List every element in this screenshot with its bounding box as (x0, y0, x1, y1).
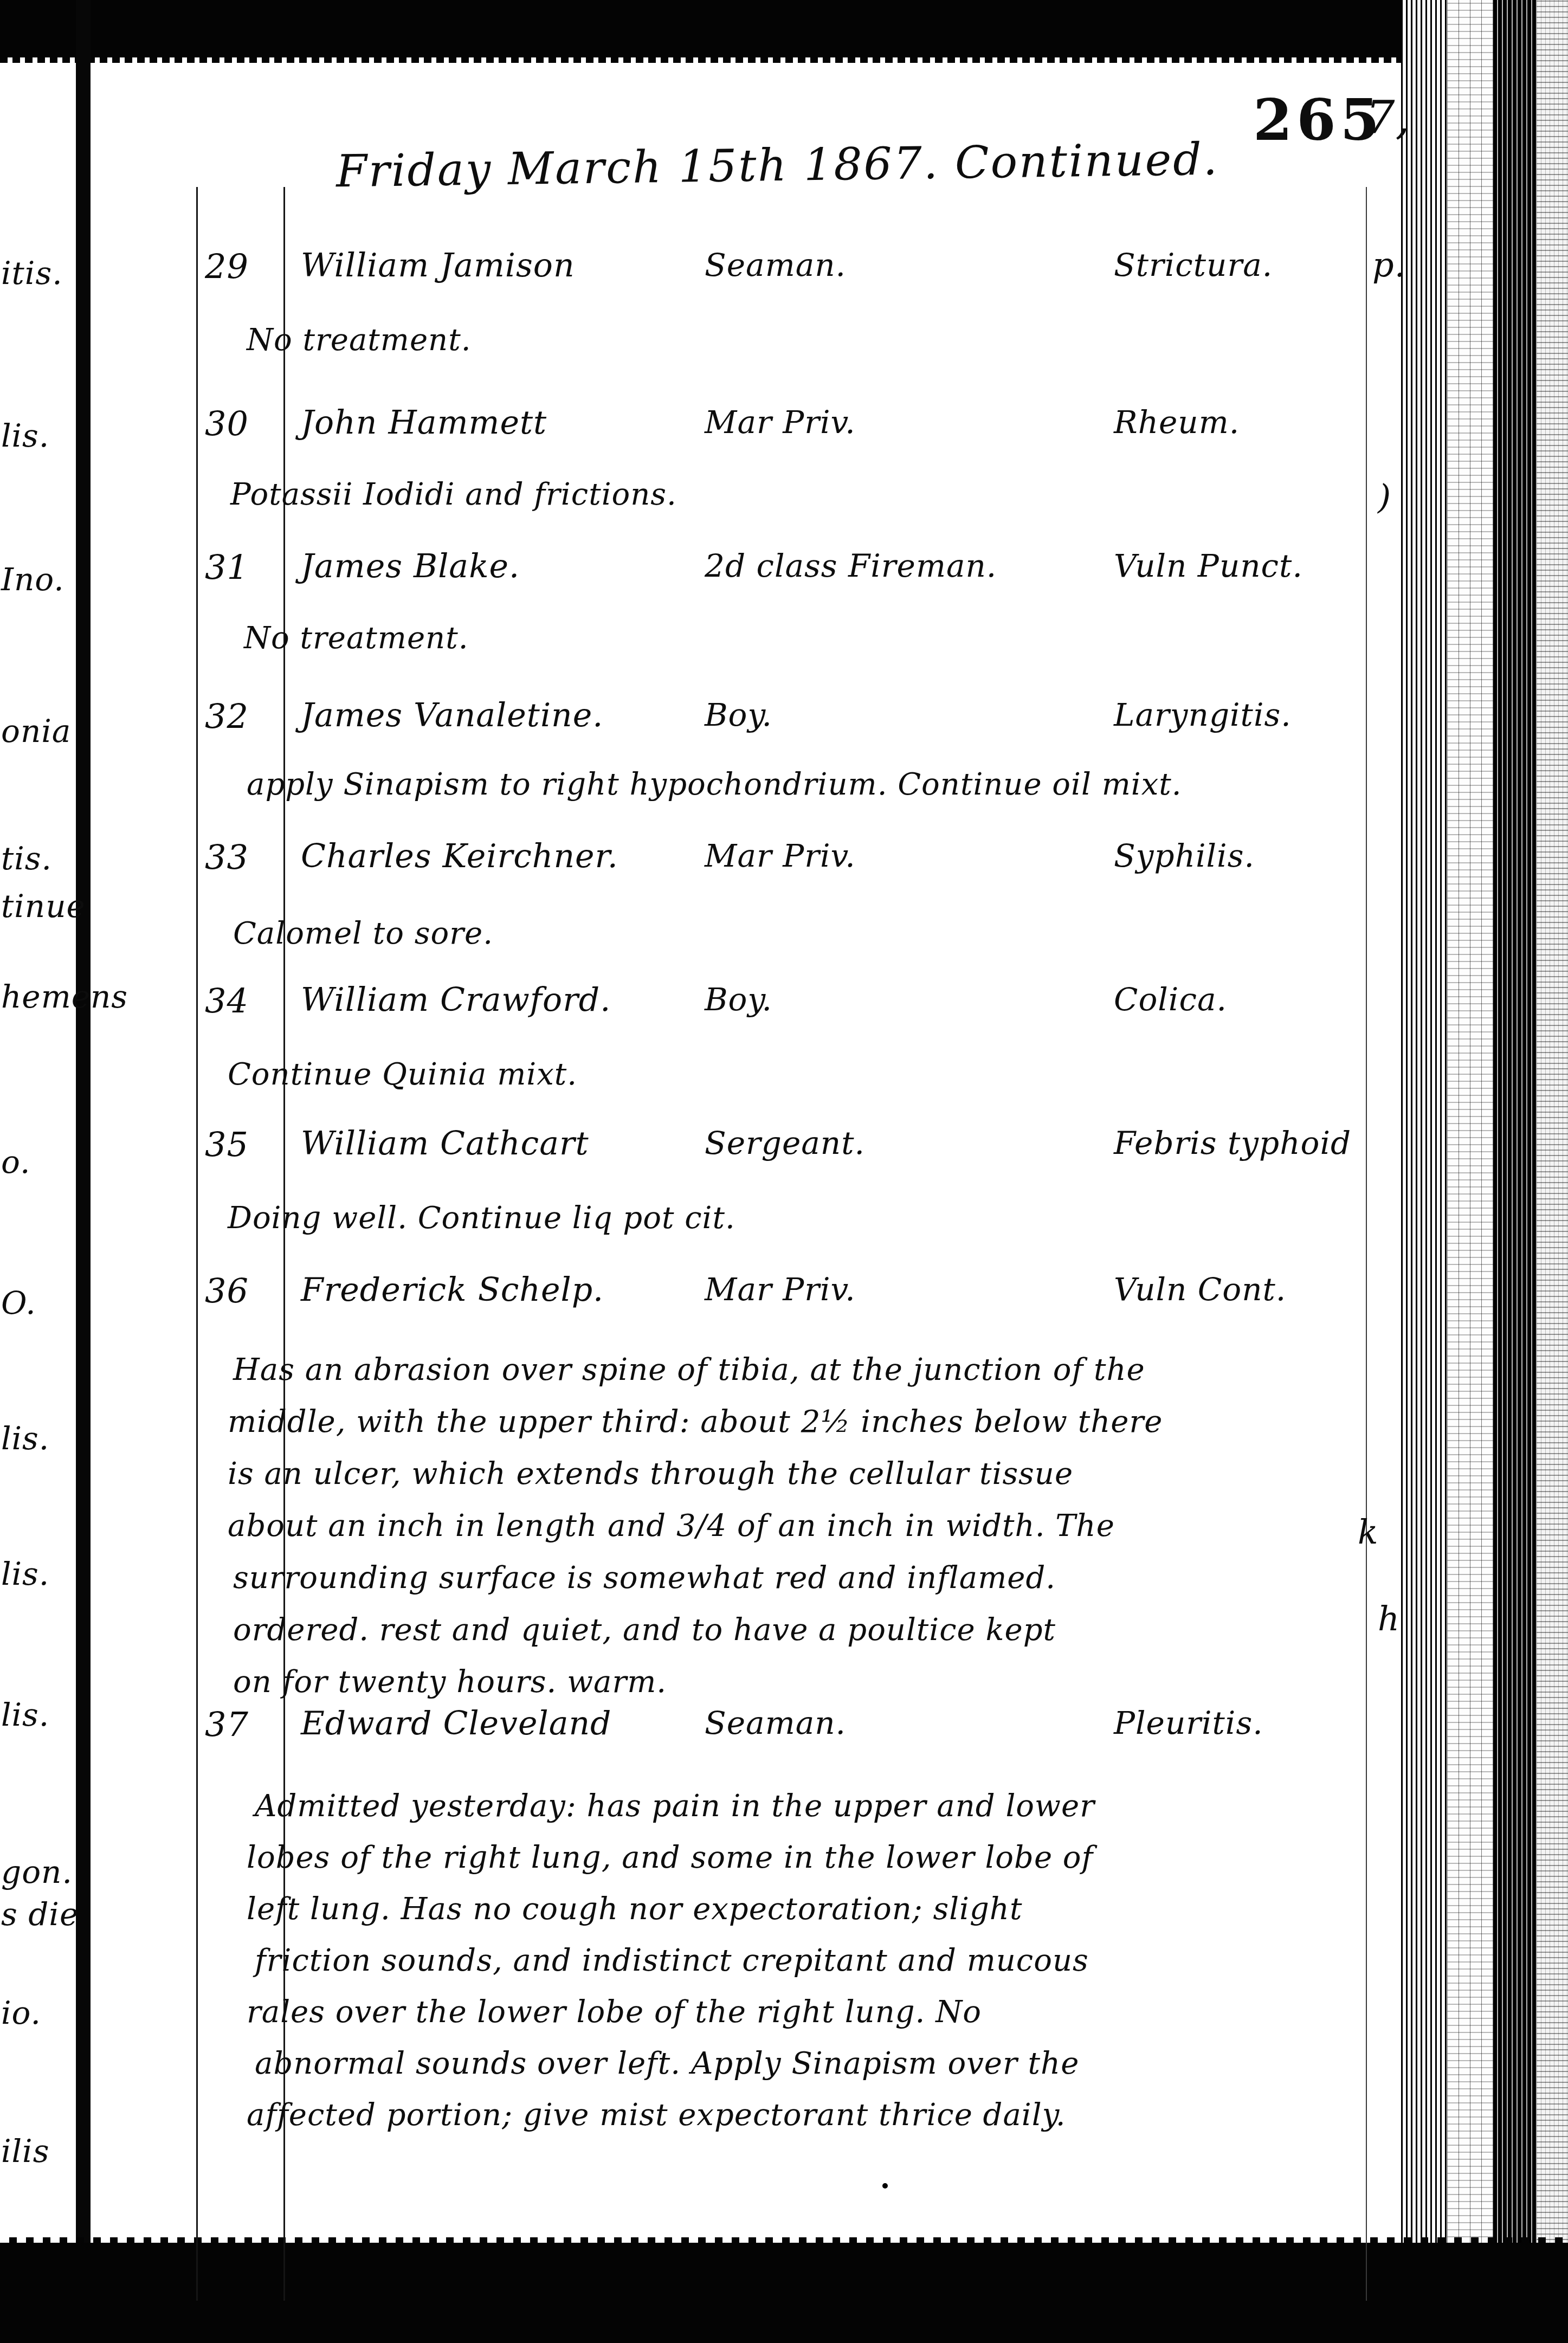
page-stack-light-band (1447, 0, 1493, 2343)
case-note-line: ordered. rest and quiet, and to have a p… (233, 1612, 1056, 1648)
entry-number: 34 (205, 981, 249, 1021)
margin-fragment: lis. (1, 417, 49, 454)
entry-number: 36 (205, 1271, 249, 1311)
case-note-line: rales over the lower lobe of the right l… (247, 1995, 982, 2030)
patient-name: William Jamison (301, 247, 575, 285)
treatment-note: No treatment. (247, 322, 471, 358)
entry-number: 31 (205, 547, 249, 587)
margin-fragment: hemens (1, 978, 128, 1015)
patient-name: James Blake. (301, 547, 520, 585)
margin-fragment: lis. (1, 1555, 49, 1592)
margin-fragment: tis. (1, 840, 52, 877)
stray-ink-mark: h (1378, 1599, 1400, 1638)
patient-rank: Mar Priv. (705, 1271, 856, 1308)
patient-rank: Seaman. (705, 247, 846, 283)
margin-fragment: o. (1, 1144, 30, 1180)
diagnosis: Colica. (1114, 981, 1227, 1018)
case-note-line: abnormal sounds over left. Apply Sinapis… (255, 2046, 1079, 2081)
entry-number: 37 (205, 1705, 249, 1744)
page-stack-edge-band (1401, 0, 1447, 2343)
writing-area-right-rule (1366, 187, 1367, 2301)
stray-ink-mark: ) (1378, 477, 1391, 517)
margin-fragment: lis. (1, 1696, 49, 1733)
entry-number: 32 (205, 696, 249, 736)
margin-fragment: s die (1, 1896, 79, 1933)
scan-bottom-border (0, 2243, 1568, 2343)
case-note-line: surrounding surface is somewhat red and … (233, 1560, 1056, 1596)
page-number: 265 (1253, 87, 1384, 153)
case-note-line: affected portion; give mist expectorant … (247, 2097, 1066, 2133)
margin-fragment: ilis (1, 2133, 49, 2170)
case-note-line: is an ulcer, which extends through the c… (228, 1456, 1073, 1492)
scan-top-border (0, 0, 1568, 57)
case-note-line: left lung. Has no cough nor expectoratio… (247, 1892, 1022, 1927)
patient-name: William Cathcart (301, 1125, 589, 1163)
entry-number: 29 (205, 247, 249, 286)
treatment-note: Doing well. Continue liq pot cit. (228, 1200, 735, 1236)
patient-rank: Mar Priv. (705, 837, 856, 874)
diagnosis: Vuln Punct. (1114, 547, 1303, 584)
margin-fragment: Ino. (1, 561, 64, 598)
patient-rank: Boy. (705, 981, 772, 1018)
treatment-note: apply Sinapism to right hypochondrium. C… (247, 767, 1182, 802)
patient-rank: Mar Priv. (705, 404, 856, 441)
page-stack-outer-band (1537, 0, 1568, 2343)
margin-fragment: itis. (1, 255, 63, 292)
diagnosis: Strictura. (1114, 247, 1273, 283)
book-gutter-shadow (76, 0, 91, 2343)
patient-name: Edward Cleveland (301, 1705, 612, 1742)
case-note-line: middle, with the upper third: about 2½ i… (228, 1404, 1163, 1440)
patient-name: James Vanaletine. (301, 696, 603, 734)
stray-ink-mark: 7, (1366, 91, 1410, 144)
patient-name: John Hammett (301, 404, 547, 442)
case-note-line: lobes of the right lung, and some in the… (247, 1840, 1093, 1875)
diagnosis: Vuln Cont. (1114, 1271, 1286, 1308)
margin-fragment: tinue (1, 888, 86, 925)
margin-fragment: io. (1, 1995, 41, 2031)
diagnosis: Laryngitis. (1114, 696, 1292, 733)
treatment-note: Calomel to sore. (233, 916, 493, 951)
diagnosis: Febris typhoid (1114, 1125, 1351, 1161)
case-note-line: about an inch in length and 3/4 of an in… (228, 1508, 1115, 1544)
scan-top-border-edge (0, 57, 1568, 63)
patient-rank: Boy. (705, 696, 772, 733)
diagnosis: Rheum. (1114, 404, 1240, 441)
patient-name: Frederick Schelp. (301, 1271, 604, 1309)
entry-number: 35 (205, 1125, 249, 1164)
patient-rank: 2d class Fireman. (705, 547, 997, 584)
diagnosis: Pleuritis. (1114, 1705, 1263, 1741)
entry-number: 33 (205, 837, 249, 877)
stray-ink-mark: k (1358, 1512, 1379, 1552)
page-stack-dark-band (1493, 0, 1537, 2343)
treatment-note: Potassii Iodidi and frictions. (230, 477, 677, 512)
margin-fragment: gon. (1, 1854, 73, 1890)
entry-number: 30 (205, 404, 249, 443)
case-note-line: on for twenty hours. warm. (233, 1664, 667, 1700)
patient-rank: Sergeant. (705, 1125, 865, 1161)
patient-rank: Seaman. (705, 1705, 846, 1741)
scanned-ledger-page: { "document": { "page_number": "265", "h… (0, 0, 1568, 2343)
case-note-line: Has an abrasion over spine of tibia, at … (233, 1352, 1145, 1387)
stray-ink-mark: p. (1372, 245, 1405, 285)
page-header-date: Friday March 15th 1867. Continued. (335, 134, 1219, 198)
patient-name: William Crawford. (301, 981, 611, 1019)
case-note-line: friction sounds, and indistinct crepitan… (255, 1943, 1089, 1978)
diagnosis: Syphilis. (1114, 837, 1255, 874)
margin-fragment: lis. (1, 1420, 49, 1457)
margin-fragment: O. (1, 1285, 36, 1321)
margin-fragment: onia (1, 713, 71, 750)
treatment-note: Continue Quinia mixt. (228, 1057, 577, 1092)
treatment-note: No treatment. (244, 621, 468, 656)
number-column-rule-left (196, 187, 198, 2301)
case-note-line: Admitted yesterday: has pain in the uppe… (255, 1789, 1095, 1824)
ink-dot (882, 2183, 888, 2189)
patient-name: Charles Keirchner. (301, 837, 618, 875)
